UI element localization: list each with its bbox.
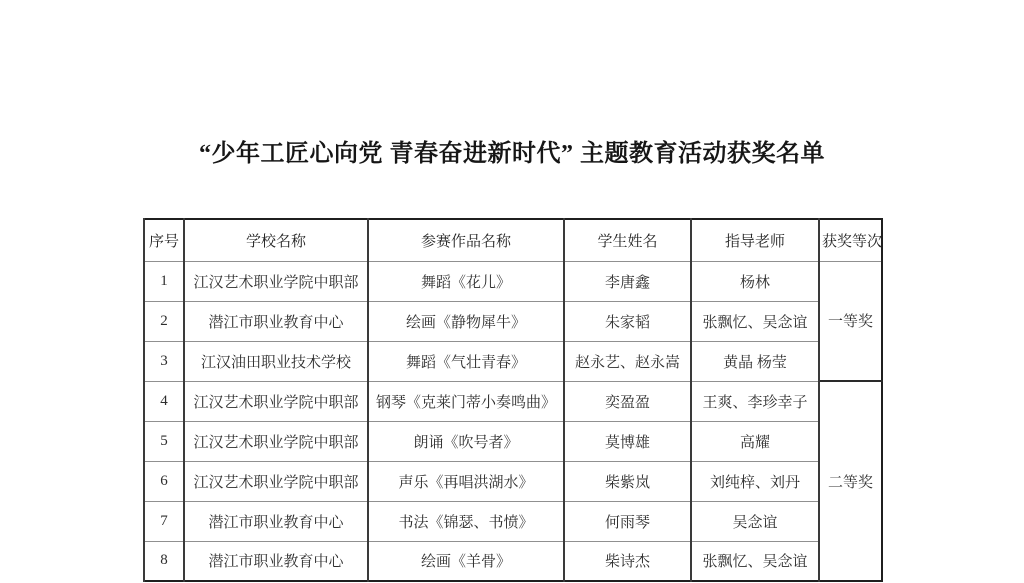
table-row: 3 江汉油田职业技术学校 舞蹈《气壮青春》 赵永艺、赵永嵩 黄晶 杨莹 bbox=[144, 341, 882, 381]
cell-student: 莫博雄 bbox=[564, 421, 691, 461]
award-cell-first-prize: 一等奖 bbox=[819, 261, 882, 381]
cell-school: 江汉艺术职业学院中职部 bbox=[184, 381, 368, 421]
table-header: 序号 学校名称 参赛作品名称 学生姓名 指导老师 获奖等次 bbox=[144, 219, 882, 261]
cell-student: 柴紫岚 bbox=[564, 461, 691, 501]
col-header-award: 获奖等次 bbox=[819, 219, 882, 261]
document-title: “少年工匠心向党 青春奋进新时代” 主题教育活动获奖名单 bbox=[0, 133, 1024, 168]
cell-work: 舞蹈《气壮青春》 bbox=[368, 341, 564, 381]
col-header-student: 学生姓名 bbox=[564, 219, 691, 261]
cell-teacher: 杨林 bbox=[691, 261, 819, 301]
table-body: 1 江汉艺术职业学院中职部 舞蹈《花儿》 李唐鑫 杨林 一等奖 2 潜江市职业教… bbox=[144, 261, 882, 581]
cell-work: 绘画《静物犀牛》 bbox=[368, 301, 564, 341]
header-row: 序号 学校名称 参赛作品名称 学生姓名 指导老师 获奖等次 bbox=[144, 219, 882, 261]
cell-work: 声乐《再唱洪湖水》 bbox=[368, 461, 564, 501]
col-header-school: 学校名称 bbox=[184, 219, 368, 261]
cell-serial: 2 bbox=[144, 301, 184, 341]
cell-teacher: 高耀 bbox=[691, 421, 819, 461]
cell-school: 潜江市职业教育中心 bbox=[184, 541, 368, 581]
cell-serial: 1 bbox=[144, 261, 184, 301]
cell-serial: 3 bbox=[144, 341, 184, 381]
cell-school: 江汉油田职业技术学校 bbox=[184, 341, 368, 381]
cell-school: 江汉艺术职业学院中职部 bbox=[184, 461, 368, 501]
document-page: “少年工匠心向党 青春奋进新时代” 主题教育活动获奖名单 序号 学校名称 参赛作… bbox=[0, 0, 1024, 583]
cell-teacher: 刘纯梓、刘丹 bbox=[691, 461, 819, 501]
award-winners-table: 序号 学校名称 参赛作品名称 学生姓名 指导老师 获奖等次 1 江汉艺术职业学院… bbox=[143, 218, 883, 582]
cell-work: 书法《锦瑟、书愤》 bbox=[368, 501, 564, 541]
cell-work: 绘画《羊骨》 bbox=[368, 541, 564, 581]
cell-serial: 8 bbox=[144, 541, 184, 581]
cell-student: 朱家韬 bbox=[564, 301, 691, 341]
cell-teacher: 黄晶 杨莹 bbox=[691, 341, 819, 381]
cell-student: 何雨琴 bbox=[564, 501, 691, 541]
cell-teacher: 张飘忆、吴念谊 bbox=[691, 541, 819, 581]
table-row: 7 潜江市职业教育中心 书法《锦瑟、书愤》 何雨琴 吴念谊 bbox=[144, 501, 882, 541]
cell-serial: 6 bbox=[144, 461, 184, 501]
col-header-serial: 序号 bbox=[144, 219, 184, 261]
cell-student: 李唐鑫 bbox=[564, 261, 691, 301]
cell-school: 江汉艺术职业学院中职部 bbox=[184, 261, 368, 301]
cell-serial: 7 bbox=[144, 501, 184, 541]
col-header-work: 参赛作品名称 bbox=[368, 219, 564, 261]
table-row: 5 江汉艺术职业学院中职部 朗诵《吹号者》 莫博雄 高耀 bbox=[144, 421, 882, 461]
cell-student: 赵永艺、赵永嵩 bbox=[564, 341, 691, 381]
cell-teacher: 张飘忆、吴念谊 bbox=[691, 301, 819, 341]
cell-student: 奕盈盈 bbox=[564, 381, 691, 421]
cell-work: 朗诵《吹号者》 bbox=[368, 421, 564, 461]
table-row: 6 江汉艺术职业学院中职部 声乐《再唱洪湖水》 柴紫岚 刘纯梓、刘丹 bbox=[144, 461, 882, 501]
award-cell-second-prize: 二等奖 bbox=[819, 381, 882, 581]
col-header-teacher: 指导老师 bbox=[691, 219, 819, 261]
cell-serial: 5 bbox=[144, 421, 184, 461]
cell-work: 钢琴《克莱门蒂小奏鸣曲》 bbox=[368, 381, 564, 421]
cell-student: 柴诗杰 bbox=[564, 541, 691, 581]
cell-teacher: 吴念谊 bbox=[691, 501, 819, 541]
cell-serial: 4 bbox=[144, 381, 184, 421]
cell-work: 舞蹈《花儿》 bbox=[368, 261, 564, 301]
table-row: 2 潜江市职业教育中心 绘画《静物犀牛》 朱家韬 张飘忆、吴念谊 bbox=[144, 301, 882, 341]
cell-school: 江汉艺术职业学院中职部 bbox=[184, 421, 368, 461]
table-row: 8 潜江市职业教育中心 绘画《羊骨》 柴诗杰 张飘忆、吴念谊 bbox=[144, 541, 882, 581]
cell-school: 潜江市职业教育中心 bbox=[184, 301, 368, 341]
table-row: 1 江汉艺术职业学院中职部 舞蹈《花儿》 李唐鑫 杨林 一等奖 bbox=[144, 261, 882, 301]
cell-teacher: 王爽、李珍幸子 bbox=[691, 381, 819, 421]
cell-school: 潜江市职业教育中心 bbox=[184, 501, 368, 541]
table-row: 4 江汉艺术职业学院中职部 钢琴《克莱门蒂小奏鸣曲》 奕盈盈 王爽、李珍幸子 二… bbox=[144, 381, 882, 421]
